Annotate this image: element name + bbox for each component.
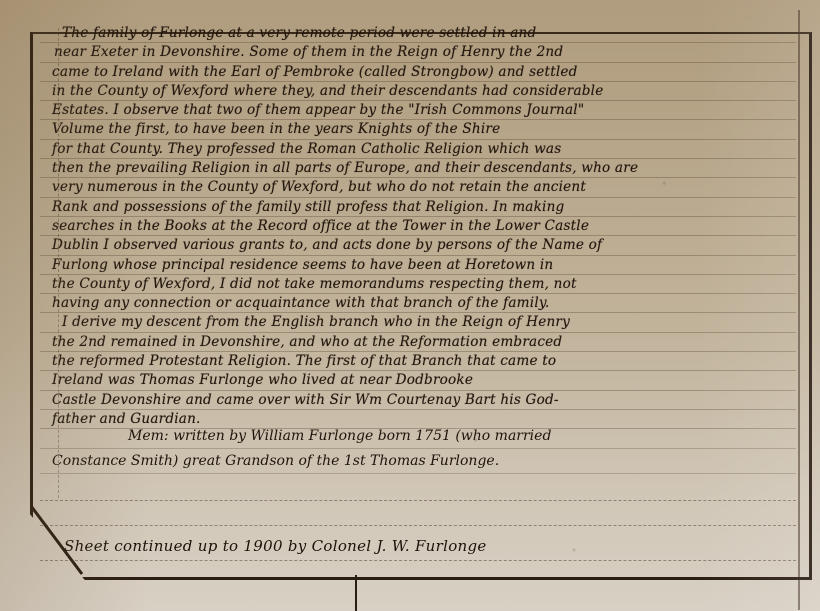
manuscript-line: then the prevailing Religion in all part… [40,159,796,178]
manuscript-line: very numerous in the County of Wexford, … [40,178,796,197]
manuscript-line: Ireland was Thomas Furlonge who lived at… [40,371,796,390]
lower-page-rule [355,575,357,611]
line-text: Estates. I observe that two of them appe… [52,101,584,119]
manuscript-line: came to Ireland with the Earl of Pembrok… [40,63,796,82]
manuscript-line: I derive my descent from the English bra… [40,313,796,332]
line-text: for that County. They professed the Roma… [52,140,561,158]
line-text: the reformed Protestant Religion. The fi… [52,352,556,370]
manuscript-body: The family of Furlonge at a very remote … [40,24,796,429]
line-text: Constance Smith) great Grandson of the 1… [52,453,499,469]
line-text: near Exeter in Devonshire. Some of them … [54,43,563,61]
manuscript-line: for that County. They professed the Roma… [40,140,796,159]
line-text: Rank and possessions of the family still… [52,198,564,216]
ruled-line [40,560,796,561]
attribution-line: Mem: written by William Furlonge born 17… [40,424,796,449]
line-text: Volume the first, to have been in the ye… [52,120,500,138]
line-text: Ireland was Thomas Furlonge who lived at… [52,371,473,389]
manuscript-line: The family of Furlonge at a very remote … [40,24,796,43]
manuscript-line: near Exeter in Devonshire. Some of them … [40,43,796,62]
manuscript-line: Furlong whose principal residence seems … [40,256,796,275]
manuscript-line: Dublin I observed various grants to, and… [40,236,796,255]
line-text: the 2nd remained in Devonshire, and who … [52,333,562,351]
line-text: I derive my descent from the English bra… [62,313,570,331]
line-text: Castle Devonshire and came over with Sir… [52,391,559,409]
line-text: in the County of Wexford where they, and… [52,82,603,100]
line-text: The family of Furlonge at a very remote … [62,24,536,42]
continuation-note: Sheet continued up to 1900 by Colonel J.… [64,537,487,555]
line-text: very numerous in the County of Wexford, … [52,178,586,196]
manuscript-page: The family of Furlonge at a very remote … [0,0,820,611]
manuscript-line: Rank and possessions of the family still… [40,198,796,217]
manuscript-line: Castle Devonshire and came over with Sir… [40,391,796,410]
line-text: searches in the Books at the Record offi… [52,217,589,235]
line-text: Mem: written by William Furlonge born 17… [128,428,551,444]
manuscript-line: searches in the Books at the Record offi… [40,217,796,236]
ruled-line [40,500,796,501]
attribution-block: Mem: written by William Furlonge born 17… [40,424,796,474]
manuscript-line: in the County of Wexford where they, and… [40,82,796,101]
manuscript-line: having any connection or acquaintance wi… [40,294,796,313]
line-text: the County of Wexford, I did not take me… [52,275,577,293]
line-text: then the prevailing Religion in all part… [52,159,638,177]
line-text: Dublin I observed various grants to, and… [52,236,602,254]
manuscript-line: Volume the first, to have been in the ye… [40,120,796,139]
line-text: having any connection or acquaintance wi… [52,294,549,312]
manuscript-line: Estates. I observe that two of them appe… [40,101,796,120]
ruled-line [40,525,796,526]
manuscript-line: the County of Wexford, I did not take me… [40,275,796,294]
line-text: Furlong whose principal residence seems … [52,256,553,274]
line-text: came to Ireland with the Earl of Pembrok… [52,63,578,81]
manuscript-line: the 2nd remained in Devonshire, and who … [40,333,796,352]
manuscript-line: the reformed Protestant Religion. The fi… [40,352,796,371]
attribution-line: Constance Smith) great Grandson of the 1… [40,449,796,474]
